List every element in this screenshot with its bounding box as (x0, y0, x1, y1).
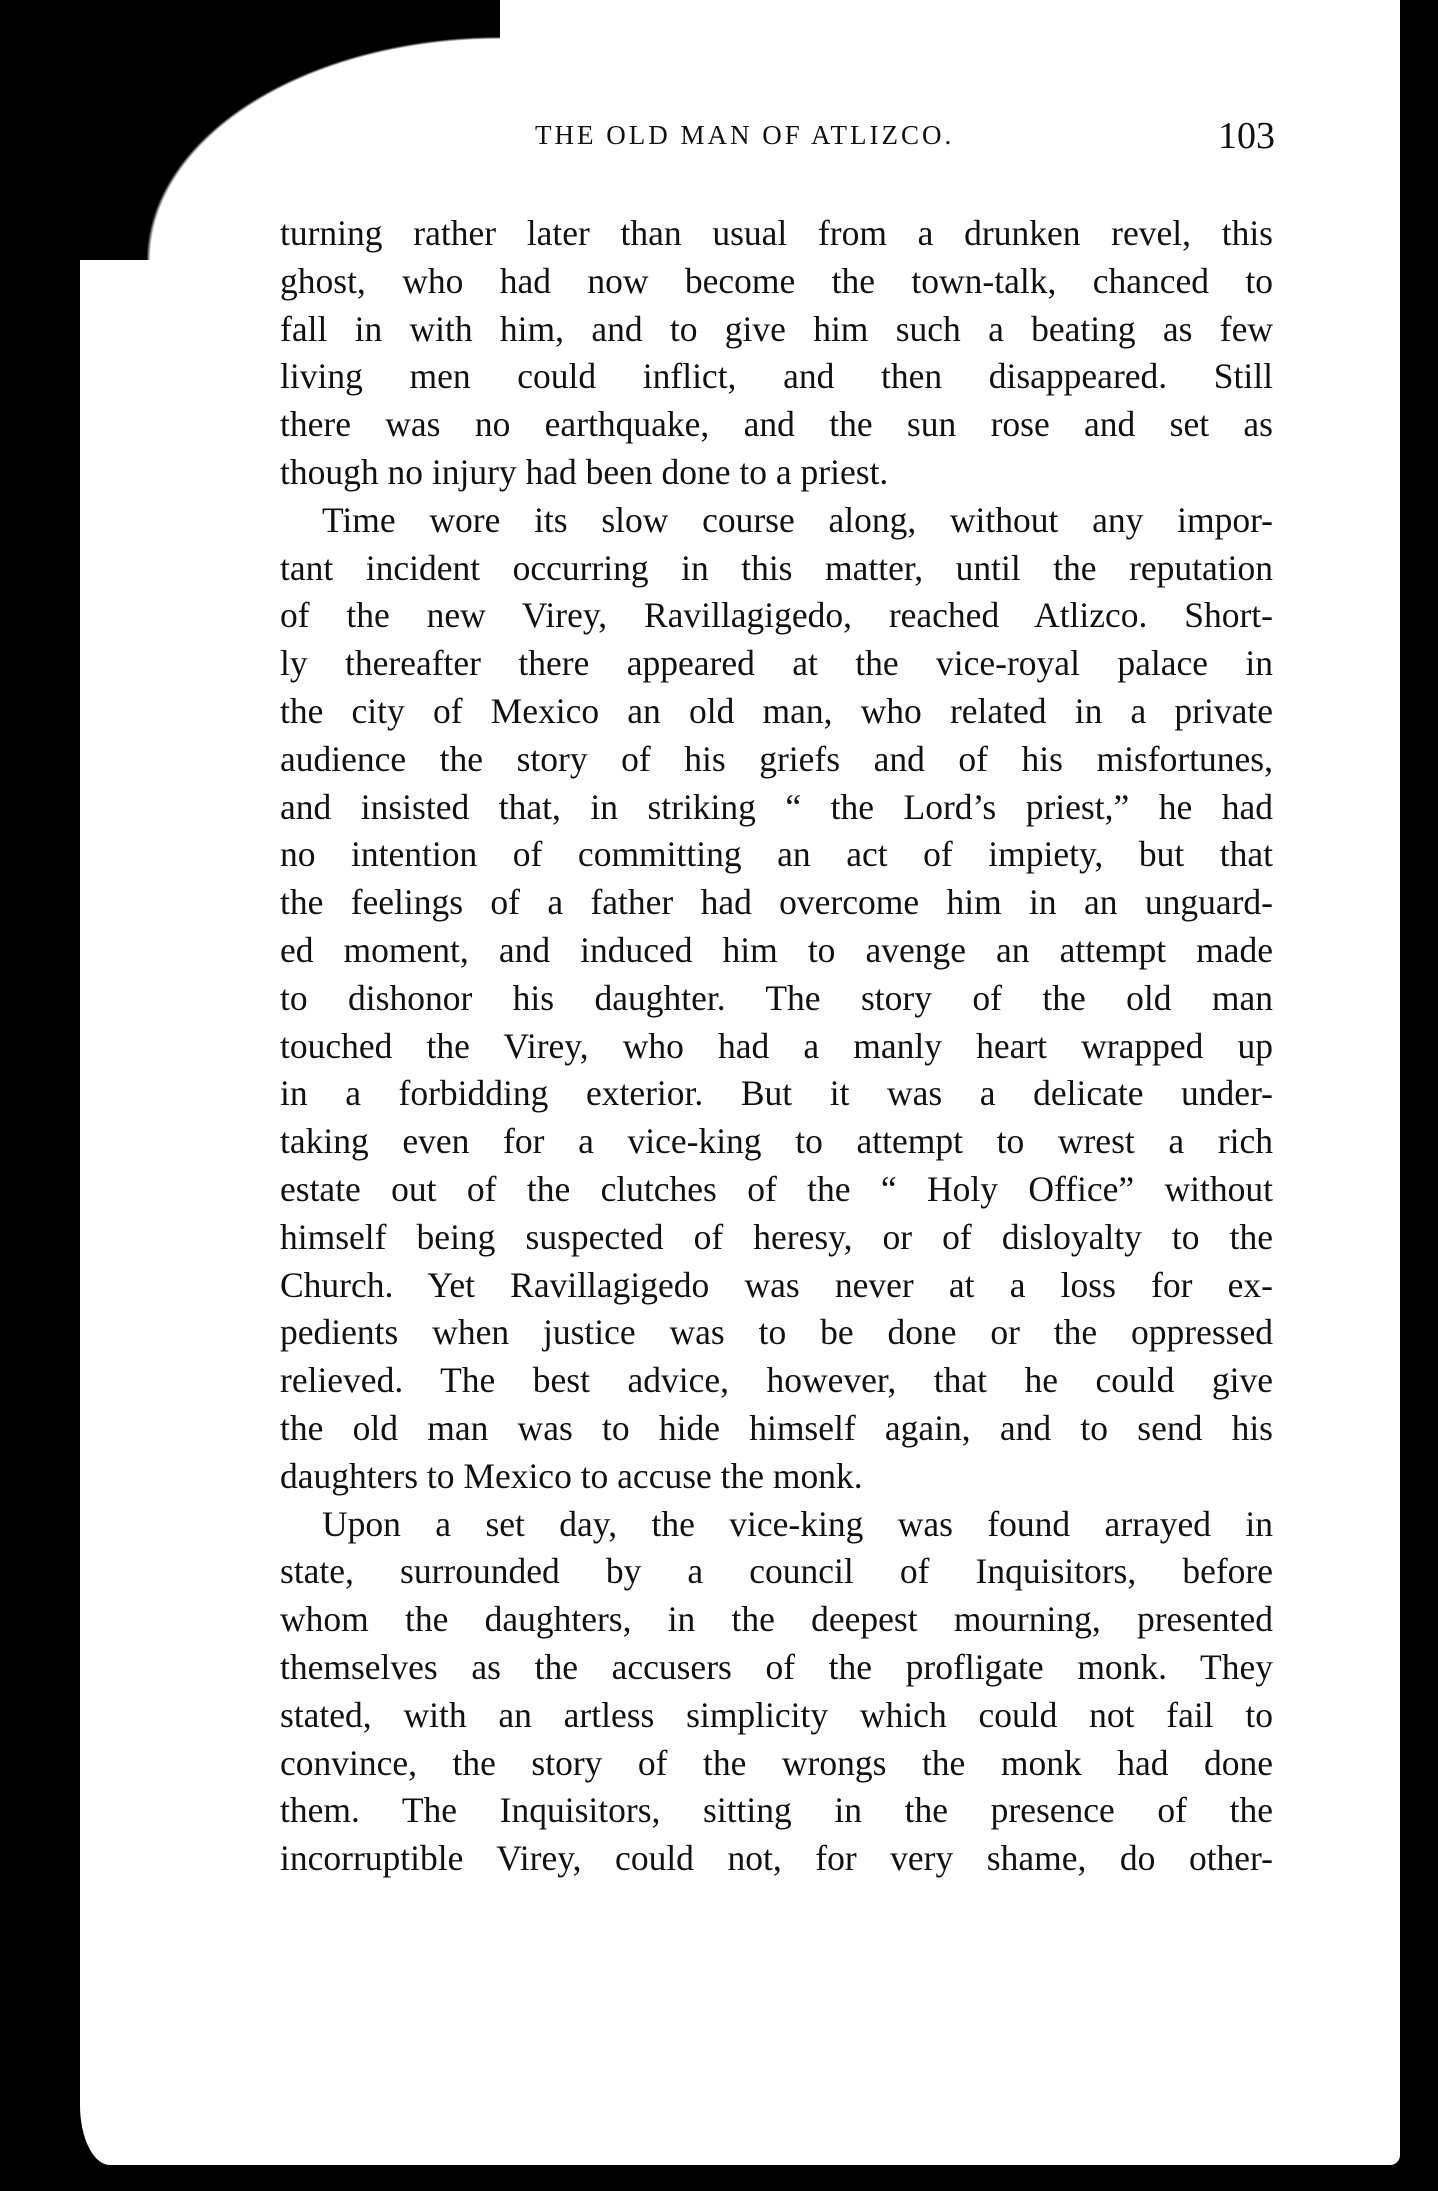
text-line: and insisted that, in striking “ the Lor… (280, 784, 1273, 832)
text-line: daughters to Mexico to accuse the monk. (280, 1453, 1273, 1501)
text-line: touched the Virey, who had a manly heart… (280, 1023, 1273, 1071)
paragraph-2: Time wore its slow course along, without… (280, 497, 1273, 1501)
text-line: Time wore its slow course along, without… (280, 497, 1273, 545)
text-line: Church. Yet Ravillagigedo was never at a… (280, 1262, 1273, 1310)
text-line: pedients when justice was to be done or … (280, 1309, 1273, 1357)
text-line: themselves as the accusers of the profli… (280, 1644, 1273, 1692)
page-number: 103 (1218, 114, 1275, 158)
paragraph-3: Upon a set day, the vice-king was found … (280, 1501, 1273, 1883)
text-line: ghost, who had now become the town-talk,… (280, 258, 1273, 306)
text-line: whom the daughters, in the deepest mourn… (280, 1596, 1273, 1644)
text-line: incorruptible Virey, could not, for very… (280, 1835, 1273, 1883)
text-line: to dishonor his daughter. The story of t… (280, 975, 1273, 1023)
text-line: ed moment, and induced him to avenge an … (280, 927, 1273, 975)
text-line: though no injury had been done to a prie… (280, 449, 1273, 497)
body-text: turning rather later than usual from a d… (280, 210, 1273, 1883)
text-line: Upon a set day, the vice-king was found … (280, 1501, 1273, 1549)
text-line: of the new Virey, Ravillagigedo, reached… (280, 592, 1273, 640)
text-line: convince, the story of the wrongs the mo… (280, 1740, 1273, 1788)
text-line: living men could inflict, and then disap… (280, 353, 1273, 401)
text-line: fall in with him, and to give him such a… (280, 306, 1273, 354)
text-line: state, surrounded by a council of Inquis… (280, 1548, 1273, 1596)
text-line: ly thereafter there appeared at the vice… (280, 640, 1273, 688)
text-line: the city of Mexico an old man, who relat… (280, 688, 1273, 736)
text-line: the old man was to hide himself again, a… (280, 1405, 1273, 1453)
text-line: tant incident occurring in this matter, … (280, 545, 1273, 593)
text-line: them. The Inquisitors, sitting in the pr… (280, 1787, 1273, 1835)
text-line: stated, with an artless simplicity which… (280, 1692, 1273, 1740)
running-title: THE OLD MAN OF ATLIZCO. (535, 120, 954, 151)
running-head: THE OLD MAN OF ATLIZCO. 103 (535, 120, 1275, 160)
book-page: THE OLD MAN OF ATLIZCO. 103 turning rath… (80, 0, 1400, 2165)
text-line: audience the story of his griefs and of … (280, 736, 1273, 784)
text-line: turning rather later than usual from a d… (280, 210, 1273, 258)
text-line: estate out of the clutches of the “ Holy… (280, 1166, 1273, 1214)
text-line: himself being suspected of heresy, or of… (280, 1214, 1273, 1262)
text-line: taking even for a vice-king to attempt t… (280, 1118, 1273, 1166)
paragraph-1: turning rather later than usual from a d… (280, 210, 1273, 497)
text-line: the feelings of a father had overcome hi… (280, 879, 1273, 927)
text-line: in a forbidding exterior. But it was a d… (280, 1070, 1273, 1118)
text-line: no intention of committing an act of imp… (280, 831, 1273, 879)
text-line: relieved. The best advice, however, that… (280, 1357, 1273, 1405)
text-line: there was no earthquake, and the sun ros… (280, 401, 1273, 449)
